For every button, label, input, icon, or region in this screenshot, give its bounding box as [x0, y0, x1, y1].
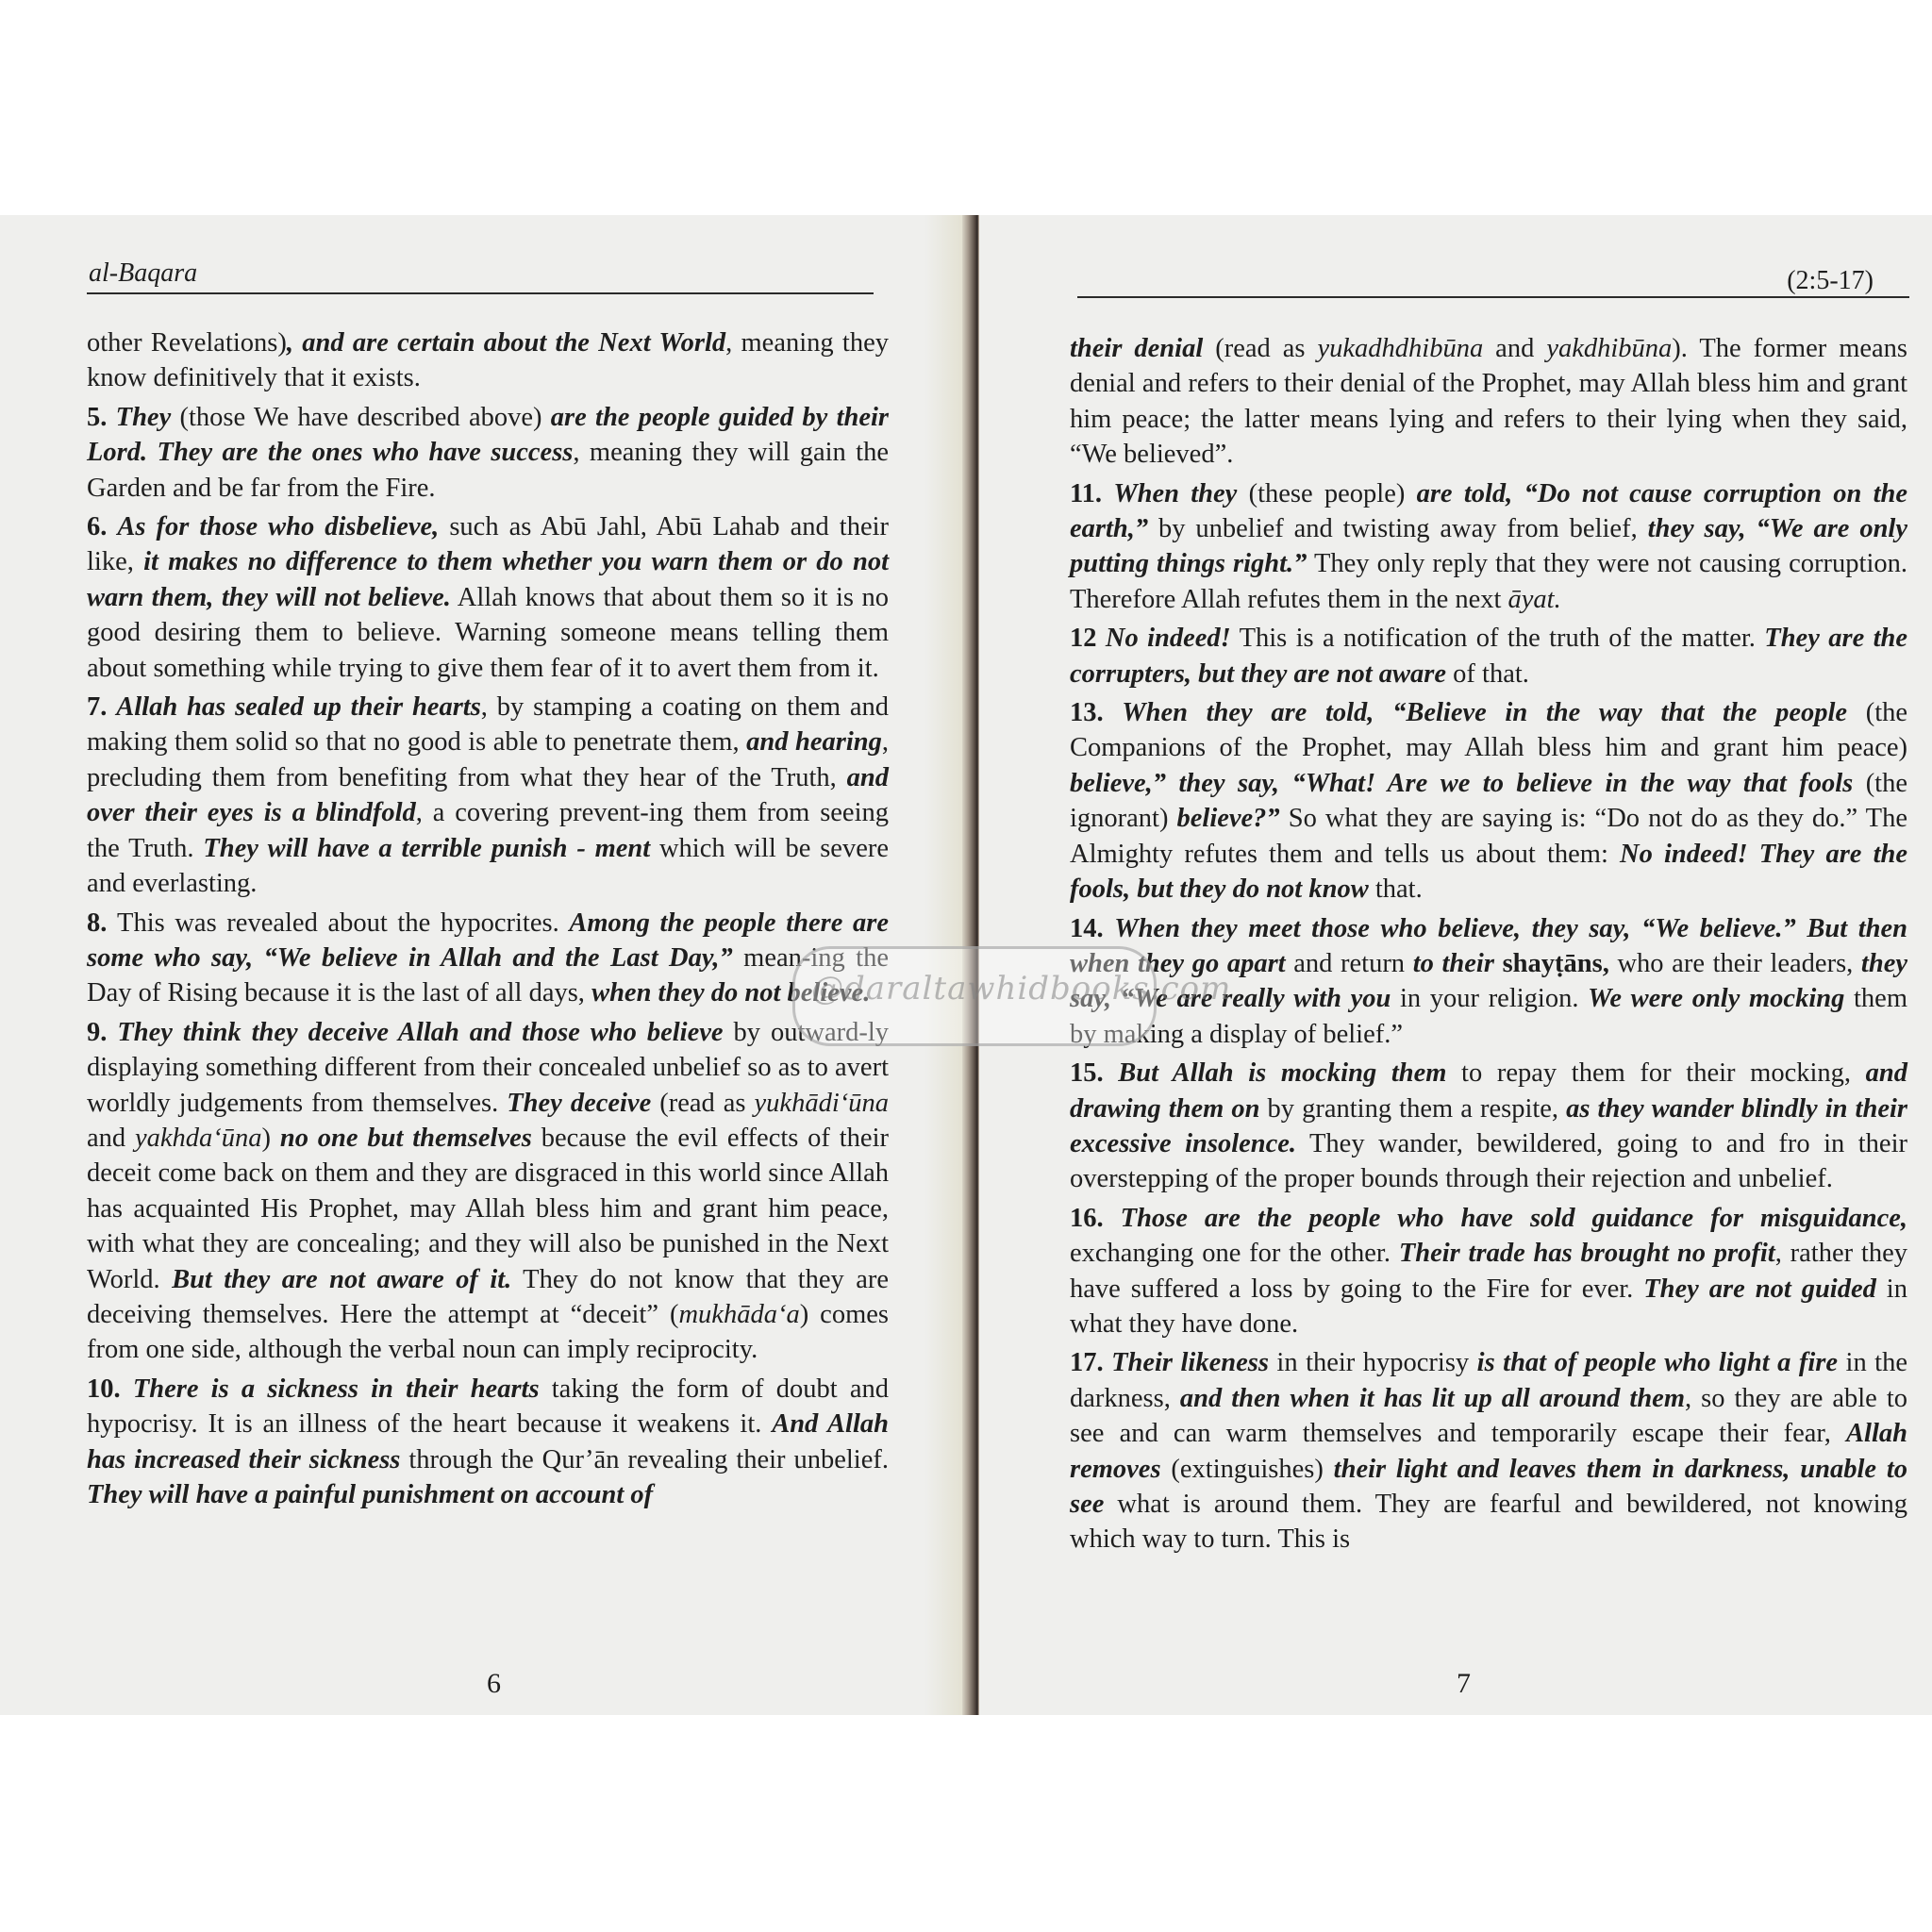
commentary-paragraph: 7. Allah has sealed up their hearts, by …	[87, 690, 889, 901]
ayah-number: 14.	[1070, 914, 1114, 943]
commentary-text: in your religion.	[1391, 984, 1588, 1013]
ayah-number: 15.	[1070, 1058, 1118, 1088]
quran-text: their denial	[1070, 334, 1203, 363]
quran-text: and then when it has lit up all around t…	[1180, 1384, 1685, 1413]
commentary-text: )	[262, 1124, 280, 1153]
commentary-text: in their hypocrisy	[1269, 1348, 1477, 1377]
commentary-text: what is around them. They are fearful an…	[1070, 1490, 1907, 1554]
quran-text: Those are the people who have sold guida…	[1121, 1204, 1907, 1233]
ayah-number: 16.	[1070, 1204, 1121, 1233]
right-text-column: their denial (read as yukadhdhibūna and …	[1070, 331, 1907, 1561]
commentary-paragraph: 15. But Allah is mocking them to repay t…	[1070, 1056, 1907, 1197]
quran-text: Allah has sealed up their hearts	[116, 692, 481, 722]
ayah-number: 17.	[1070, 1348, 1111, 1377]
commentary-text: (these people)	[1237, 479, 1416, 508]
commentary-text: by granting them a respite,	[1259, 1094, 1566, 1124]
ayah-number: 8.	[87, 908, 117, 938]
commentary-paragraph: 13. When they are told, “Believe in the …	[1070, 695, 1907, 907]
quran-text: They will have a painful punishment on a…	[87, 1480, 653, 1509]
commentary-text: (read as	[651, 1089, 754, 1118]
quran-text: believe?”	[1177, 804, 1280, 833]
page-number-left: 6	[487, 1668, 501, 1700]
quran-text: They	[116, 403, 172, 432]
commentary-text: yakdhibūna	[1546, 334, 1672, 363]
commentary-paragraph: 11. When they (these people) are told, “…	[1070, 476, 1907, 618]
commentary-paragraph: other Revelations), and are certain abou…	[87, 325, 889, 396]
header-rule-left	[87, 292, 874, 294]
quran-text: No indeed!	[1106, 624, 1231, 653]
quran-text: is that of people who light a fire	[1477, 1348, 1838, 1377]
commentary-text: to repay them for their mocking,	[1446, 1058, 1865, 1088]
commentary-text: exchanging one for the other.	[1070, 1239, 1399, 1268]
quran-text: As for those who disbelieve,	[117, 512, 439, 541]
quran-text: They think they deceive Allah and those …	[117, 1018, 723, 1047]
ayah-number: 7.	[87, 692, 116, 722]
commentary-text: and	[87, 1124, 135, 1153]
page-number-right: 7	[1457, 1668, 1471, 1700]
commentary-text: This is a notification of the truth of t…	[1231, 624, 1765, 653]
ayah-number: 12	[1070, 624, 1106, 653]
commentary-text: that.	[1369, 874, 1423, 904]
commentary-text: other Revelations)	[87, 328, 287, 358]
left-text-column: other Revelations), and are certain abou…	[87, 325, 889, 1516]
commentary-text: mukhāda‘a	[678, 1300, 799, 1329]
quran-text: , and are certain about the Next World	[287, 328, 725, 358]
commentary-text: shayṭāns,	[1494, 949, 1609, 978]
commentary-paragraph: 10. There is a sickness in their hearts …	[87, 1372, 889, 1513]
commentary-text: yakhda‘ūna	[135, 1124, 262, 1153]
commentary-paragraph: 8. This was revealed about the hypocrite…	[87, 906, 889, 1011]
commentary-text: of that.	[1446, 659, 1529, 689]
ayah-number: 11.	[1070, 479, 1113, 508]
quran-text: But Allah is mocking them	[1118, 1058, 1446, 1088]
header-rule-right	[1077, 296, 1909, 298]
ayah-number: 6.	[87, 512, 117, 541]
commentary-paragraph: 9. They think they deceive Allah and tho…	[87, 1015, 889, 1368]
commentary-text: (those We have described above)	[171, 403, 551, 432]
quran-text: They deceive	[507, 1089, 651, 1118]
commentary-text: (extinguishes)	[1161, 1455, 1334, 1484]
quran-text: When they	[1113, 479, 1237, 508]
commentary-text: and return	[1286, 949, 1413, 978]
commentary-paragraph: 16. Those are the people who have sold g…	[1070, 1201, 1907, 1342]
quran-text: Their trade has brought no profit	[1399, 1239, 1775, 1268]
running-head-left: al-Baqara	[89, 258, 197, 289]
commentary-paragraph: 12 No indeed! This is a notification of …	[1070, 621, 1907, 691]
commentary-text: and	[1483, 334, 1546, 363]
commentary-text: through the Qur’ān revealing their unbel…	[400, 1445, 889, 1474]
commentary-paragraph: 5. They (those We have described above) …	[87, 400, 889, 506]
commentary-text: This was revealed about the hypocrites.	[117, 908, 569, 938]
quran-text: Their likeness	[1111, 1348, 1269, 1377]
ayah-number: 5.	[87, 403, 116, 432]
quran-text: They are not guided	[1643, 1274, 1876, 1304]
quran-text: no one but themselves	[280, 1124, 532, 1153]
ayah-number: 13.	[1070, 698, 1122, 727]
quran-text: But they are not aware of it.	[172, 1265, 511, 1294]
commentary-paragraph: 17. Their likeness in their hypocrisy is…	[1070, 1345, 1907, 1557]
commentary-text: yukhādi‘ūna	[755, 1089, 889, 1118]
commentary-text: āyat.	[1508, 585, 1561, 614]
ayah-number: 10.	[87, 1374, 133, 1404]
quran-text: to their	[1413, 949, 1494, 978]
quran-text: believe,” they say, “What! Are we to bel…	[1070, 769, 1853, 798]
running-head-right: (2:5-17)	[1787, 266, 1874, 296]
quran-text: When they are told, “Believe in the way …	[1122, 698, 1847, 727]
commentary-text: who are their leaders,	[1609, 949, 1861, 978]
quran-text: There is a sickness in their hearts	[133, 1374, 540, 1404]
commentary-paragraph: 6. As for those who disbelieve, such as …	[87, 509, 889, 686]
quran-text: They will have a terrible punish - ment	[203, 834, 650, 863]
quran-text: and hearing	[746, 727, 882, 757]
commentary-text: (read as	[1203, 334, 1317, 363]
ayah-number: 9.	[87, 1018, 117, 1047]
commentary-paragraph: their denial (read as yukadhdhibūna and …	[1070, 331, 1907, 473]
commentary-text: by unbelief and twisting away from belie…	[1148, 514, 1647, 543]
quran-text: We were only mocking	[1588, 984, 1844, 1013]
watermark-text: @daraltawhidbooks.com	[811, 970, 1231, 1008]
commentary-text: yukadhdhibūna	[1317, 334, 1483, 363]
